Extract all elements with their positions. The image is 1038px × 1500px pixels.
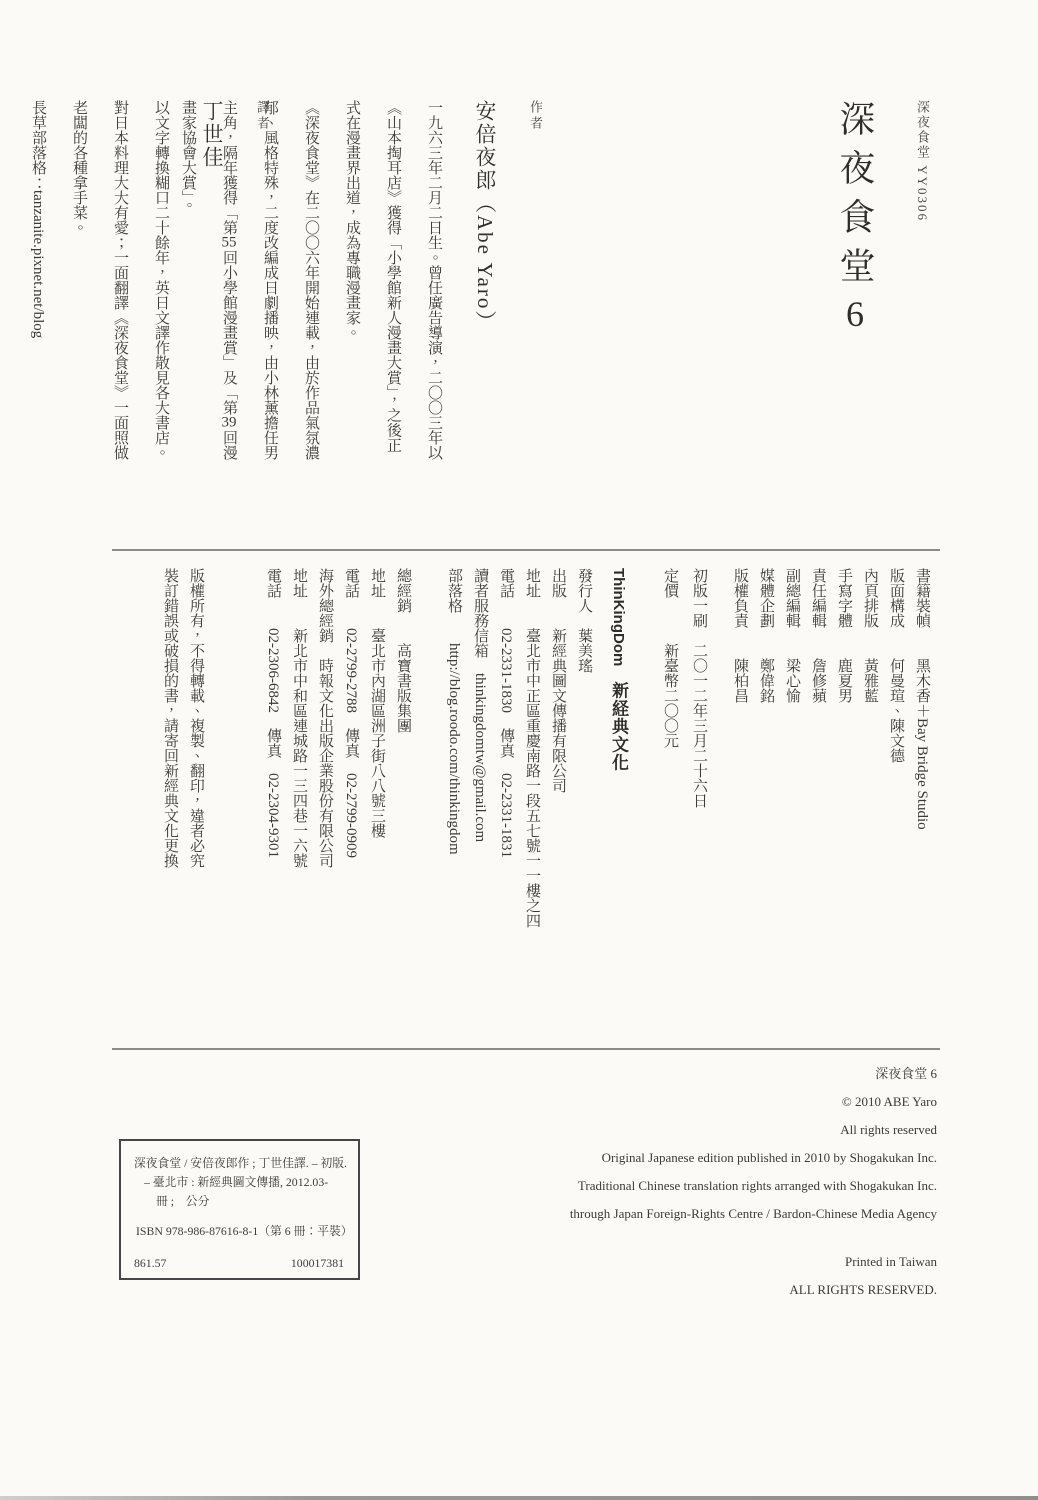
edition-date: 二〇一二年三月二十六日 [691, 643, 707, 808]
email-address: thinkingdomtw@gmail.com [472, 673, 488, 842]
field-value: 新經典圖文傳播有限公司 [550, 628, 566, 793]
rights-all-reserved: ALL RIGHTS RESERVED. [317, 1276, 937, 1304]
rights-through: through Japan Foreign-Rights Centre / Ba… [317, 1200, 937, 1228]
cip-line: – 臺北市 : 新經典圖文傳播, 2012.03- [134, 1173, 348, 1192]
field-label: 出版 [550, 568, 566, 598]
rights-block: 深夜食堂 6 © 2010 ABE Yaro All rights reserv… [317, 1060, 937, 1304]
phone-number: 02-2306-6842 [265, 628, 281, 713]
fax-number: 02-2331-1831 [498, 773, 514, 858]
publisher-block: ThinKingDom新経典文化 發行人葉美瑤 出版新經典圖文傳播有限公司 地址… [441, 568, 631, 943]
field-value: 葉美瑤 [576, 628, 592, 673]
field-label: 發行人 [576, 568, 592, 613]
credit-person: 梁心愉 [784, 658, 800, 703]
translator-name: 丁世佳 [195, 100, 241, 550]
cip-class-number: 861.57 [134, 1254, 166, 1273]
field-label: 讀者服務信箱 [472, 568, 488, 658]
publisher-line: 部落格http://blog.roodo.com/thinkingdom [441, 568, 467, 943]
series-code: 深夜食堂 YY0306 [913, 100, 932, 430]
field-label: 地址 [369, 568, 385, 598]
field-label: 傳真 [498, 728, 514, 758]
credit-role: 媒體企劃 [758, 568, 774, 628]
cip-box: 深夜食堂 / 安倍夜郎作 ; 丁世佳譯. – 初版. – 臺北市 : 新經典圖文… [119, 1139, 360, 1280]
translator-bio-line: 以文字轉換糊口二十餘年，英日文譯作散見各大書店。 [148, 100, 189, 550]
field-label: 地址 [291, 568, 307, 598]
field-label: 電話 [343, 568, 359, 598]
field-value: 時報文化出版企業股份有限公司 [317, 658, 333, 868]
rights-title: 深夜食堂 6 [317, 1060, 937, 1088]
credit-person: 黑木香＋Bay Bridge Studio [914, 658, 930, 830]
author-bio-line: 一九六三年二月二日生。曾任廣告導演，二〇〇三年以 [421, 100, 462, 550]
credit-line: 手寫字體鹿夏男 [831, 568, 857, 888]
field-label: 海外總經銷 [317, 568, 333, 643]
credit-person: 鄭偉銘 [758, 658, 774, 703]
publisher-line: 出版新經典圖文傳播有限公司 [545, 568, 571, 943]
phone-number: 02-2331-1830 [498, 628, 514, 713]
staff-credits: 書籍裝幀黑木香＋Bay Bridge Studio 版面構成何曼瑄、陳文德 內頁… [727, 568, 935, 888]
distribution-line: 電話02-2306-6842傳真02-2304-9301 [260, 568, 286, 943]
translator-blog: 長草部落格：tanzanite.pixnet.net/blog [25, 100, 66, 550]
field-label: 傳真 [343, 728, 359, 758]
cip-line: 深夜食堂 / 安倍夜郎作 ; 丁世佳譯. – 初版. [134, 1154, 348, 1173]
fax-number: 02-2799-0909 [343, 773, 359, 858]
publisher-line: 地址臺北市中正區重慶南路一段五七號一一樓之四 [519, 568, 545, 943]
cip-record-number: 100017381 [291, 1254, 344, 1273]
publisher-line: 電話02-2331-1830傳真02-2331-1831 [493, 568, 519, 943]
field-label: 總經銷 [395, 568, 411, 613]
credit-role: 責任編輯 [810, 568, 826, 628]
translator-bio-line: 對日本料理大大有愛；一面翻譯《深夜食堂》一面照做 [107, 100, 148, 550]
book-title-volume: 6 [835, 296, 875, 332]
book-title-text: 深夜食堂 [835, 100, 875, 296]
cip-line: 冊 ; 公分 [134, 1192, 348, 1211]
price-line: 定價新臺幣二〇〇元 [655, 568, 684, 848]
credit-person: 黃雅藍 [862, 658, 878, 703]
phone-number: 02-2799-2788 [343, 628, 359, 713]
rights-printed: Printed in Taiwan [317, 1248, 937, 1276]
legal-block: 版權所有，不得轉載、複製、翻印，違者必究 裝訂錯誤或破損的書，請寄回新經典文化更… [157, 568, 209, 888]
credit-role: 版權負責 [732, 568, 748, 628]
credit-role: 內頁排版 [862, 568, 878, 628]
publisher-brand-cjk: 新経典文化 [609, 681, 628, 771]
credit-person: 鹿夏男 [836, 658, 852, 703]
credit-line: 版面構成何曼瑄、陳文德 [883, 568, 909, 888]
title-block: 深夜食堂 YY0306 深夜食堂6 [830, 100, 932, 430]
distribution-line: 總經銷高寶書版集團 [390, 568, 416, 943]
credit-role: 手寫字體 [836, 568, 852, 628]
cip-numbers: 861.57 100017381 [134, 1254, 348, 1273]
rights-original: Original Japanese edition published in 2… [317, 1144, 937, 1172]
field-value: 臺北市中正區重慶南路一段五七號一一樓之四 [524, 628, 540, 928]
book-title: 深夜食堂6 [830, 100, 895, 430]
translator-label: 譯者 [253, 100, 272, 550]
author-name: 安倍夜郎（Abe Yaro） [468, 100, 514, 550]
legal-line: 版權所有，不得轉載、複製、翻印，違者必究 [183, 568, 209, 888]
price-value: 新臺幣二〇〇元 [662, 643, 678, 748]
credit-line: 媒體企劃鄭偉銘 [753, 568, 779, 888]
divider-bottom [112, 1048, 940, 1050]
field-label: 電話 [265, 568, 281, 598]
publisher-line: 讀者服務信箱thinkingdomtw@gmail.com [467, 568, 493, 943]
author-bio-line: 《山本掏耳店》獲得「小學館新人漫畫大賞」，之後正 [380, 100, 421, 550]
credit-person: 陳柏昌 [732, 658, 748, 703]
field-label: 部落格 [446, 568, 462, 613]
publisher-brand-latin: ThinKingDom [610, 568, 627, 666]
page-scan-edge [0, 1496, 1038, 1500]
price-label: 定價 [662, 568, 678, 598]
author-label: 作者 [526, 100, 545, 550]
author-bio-line: 《深夜食堂》在二〇〇六年開始連載，由於作品氣氛濃 [298, 100, 339, 550]
credit-person: 何曼瑄、陳文德 [888, 658, 904, 763]
publisher-line: 發行人葉美瑤 [571, 568, 597, 943]
distribution-line: 地址臺北市內湖區洲子街八八號三樓 [364, 568, 390, 943]
edition-label: 初版一刷 [691, 568, 707, 628]
credit-line: 版權負責陳柏昌 [727, 568, 753, 888]
translator-section: 譯者 丁世佳 以文字轉換糊口二十餘年，英日文譯作散見各大書店。 對日本料理大大有… [25, 100, 272, 550]
translator-bio-line: 老闆的各種拿手菜。 [66, 100, 107, 550]
credit-line: 責任編輯詹修蘋 [805, 568, 831, 888]
credit-person: 詹修蘋 [810, 658, 826, 703]
author-bio-line: 式在漫畫界出道，成為專職漫畫家。 [339, 100, 380, 550]
legal-line: 裝訂錯誤或破損的書，請寄回新經典文化更換 [157, 568, 183, 888]
edition-line: 初版一刷二〇一二年三月二十六日 [684, 568, 713, 848]
field-value: 新北市中和區連城路一三四巷一六號 [291, 628, 307, 868]
field-label: 傳真 [265, 728, 281, 758]
distribution-line: 海外總經銷時報文化出版企業股份有限公司 [312, 568, 338, 943]
credit-role: 版面構成 [888, 568, 904, 628]
distribution-block: 總經銷高寶書版集團 地址臺北市內湖區洲子街八八號三樓 電話02-2799-278… [260, 568, 416, 943]
distribution-line: 地址新北市中和區連城路一三四巷一六號 [286, 568, 312, 943]
rights-reserved: All rights reserved [317, 1116, 937, 1144]
field-label: 地址 [524, 568, 540, 598]
distribution-line: 電話02-2799-2788傳真02-2799-0909 [338, 568, 364, 943]
divider-top [112, 549, 940, 551]
credit-role: 副總編輯 [784, 568, 800, 628]
publisher-brand: ThinKingDom新経典文化 [605, 568, 631, 943]
fax-number: 02-2304-9301 [265, 773, 281, 858]
credit-line: 副總編輯梁心愉 [779, 568, 805, 888]
credit-line: 內頁排版黃雅藍 [857, 568, 883, 888]
field-label: 電話 [498, 568, 514, 598]
rights-copyright: © 2010 ABE Yaro [317, 1088, 937, 1116]
edition-block: 初版一刷二〇一二年三月二十六日 定價新臺幣二〇〇元 [655, 568, 713, 848]
field-value: 高寶書版集團 [395, 643, 411, 733]
field-value: 臺北市內湖區洲子街八八號三樓 [369, 628, 385, 838]
credit-role: 書籍裝幀 [914, 568, 930, 628]
colophon-page: 深夜食堂 YY0306 深夜食堂6 作者 安倍夜郎（Abe Yaro） 一九六三… [0, 0, 1038, 1500]
blog-url: http://blog.roodo.com/thinkingdom [446, 643, 462, 855]
cip-isbn: ISBN 978-986-87616-8-1（第 6 冊：平裝） [134, 1222, 348, 1241]
credit-line: 書籍裝幀黑木香＋Bay Bridge Studio [909, 568, 935, 888]
rights-translation: Traditional Chinese translation rights a… [317, 1172, 937, 1200]
